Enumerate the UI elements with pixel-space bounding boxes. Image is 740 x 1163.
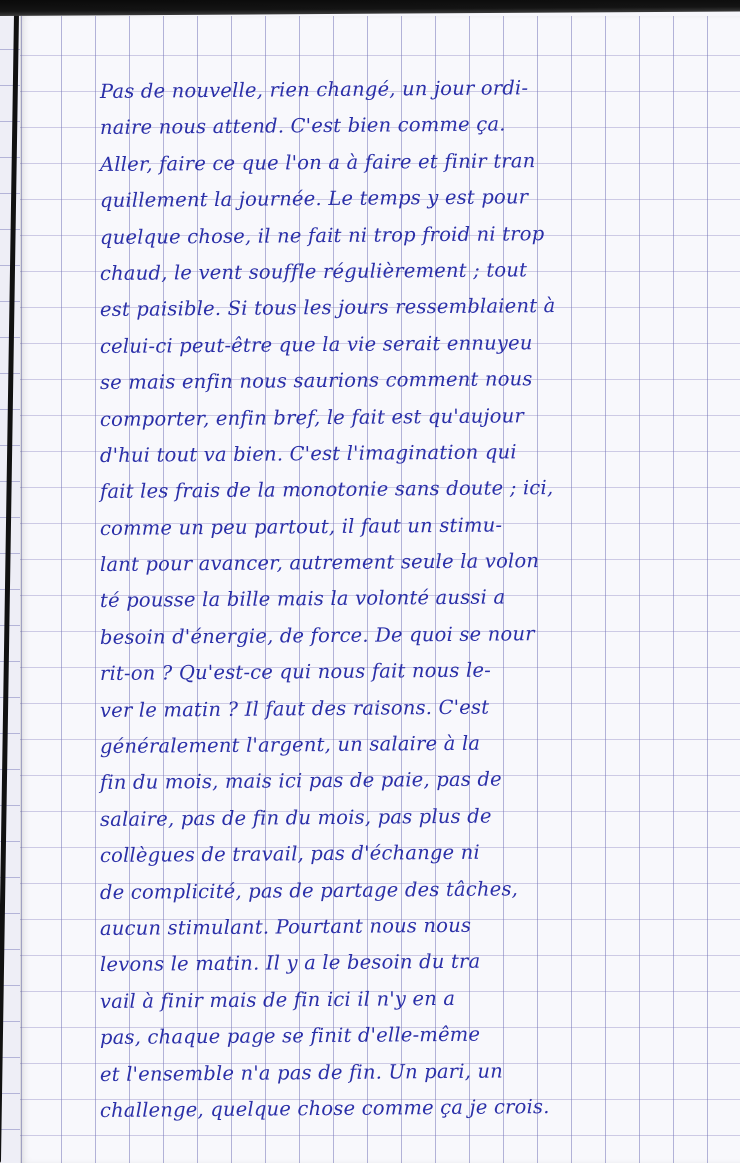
- text-line: vail à finir mais de fin ici il n'y en a: [100, 978, 740, 1020]
- text-line: fin du mois, mais ici pas de paie, pas d…: [100, 760, 740, 802]
- text-line: collègues de travail, pas d'échange ni: [100, 833, 740, 875]
- text-line: lant pour avancer, autrement seule la vo…: [100, 541, 740, 583]
- text-line: salaire, pas de fin du mois, pas plus de: [100, 796, 740, 838]
- text-line: et l'ensemble n'a pas de fin. Un pari, u…: [100, 1051, 740, 1093]
- text-line: celui-ci peut-être que la vie serait enn…: [100, 323, 740, 365]
- text-line: aucun stimulant. Pourtant nous nous: [100, 905, 740, 947]
- text-line: fait les frais de la monotonie sans dout…: [100, 469, 740, 511]
- text-line: rit-on ? Qu'est-ce qui nous fait nous le…: [100, 651, 740, 693]
- text-line: comme un peu partout, il faut un stimu-: [100, 505, 740, 547]
- text-line: Pas de nouvelle, rien changé, un jour or…: [100, 68, 740, 110]
- text-line: comporter, enfin bref, le fait est qu'au…: [100, 396, 740, 438]
- text-line: de complicité, pas de partage des tâches…: [100, 869, 740, 911]
- text-line: té pousse la bille mais la volonté aussi…: [100, 578, 740, 620]
- text-line: chaud, le vent souffle régulièrement ; t…: [100, 250, 740, 292]
- notebook-top-edge: [0, 0, 740, 16]
- handwritten-text: Pas de nouvelle, rien changé, un jour or…: [100, 74, 740, 1129]
- text-line: généralement l'argent, un salaire à la: [100, 723, 740, 765]
- scanned-page: Pas de nouvelle, rien changé, un jour or…: [0, 0, 740, 1163]
- text-line: pas, chaque page se finit d'elle-même: [100, 1015, 740, 1057]
- text-line: quillement la journée. Le temps y est po…: [100, 178, 740, 220]
- text-line: se mais enfin nous saurions comment nous: [100, 360, 740, 402]
- text-line: levons le matin. Il y a le besoin du tra: [100, 942, 740, 984]
- text-line: Aller, faire ce que l'on a à faire et fi…: [100, 141, 740, 183]
- text-line: ver le matin ? Il faut des raisons. C'es…: [100, 687, 740, 729]
- text-line: d'hui tout va bien. C'est l'imagination …: [100, 432, 740, 474]
- text-line: challenge, quelque chose comme ça je cro…: [100, 1087, 740, 1129]
- text-line: naire nous attend. C'est bien comme ça.: [100, 105, 740, 147]
- text-line: est paisible. Si tous les jours ressembl…: [100, 287, 740, 329]
- text-line: quelque chose, il ne fait ni trop froid …: [100, 214, 740, 256]
- text-line: besoin d'énergie, de force. De quoi se n…: [100, 614, 740, 656]
